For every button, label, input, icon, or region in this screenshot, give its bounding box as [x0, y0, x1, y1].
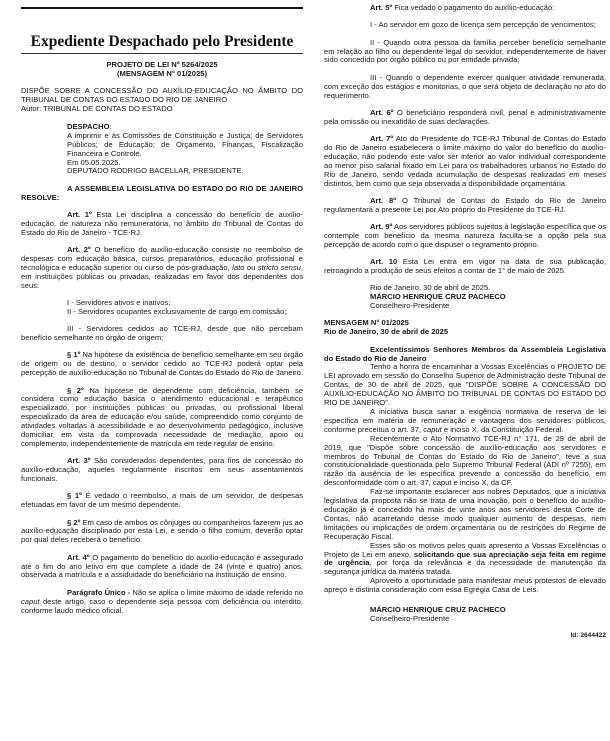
bill-author: Autor: TRIBUNAL DE CONTAS DO ESTADO — [21, 105, 303, 114]
despacho-text: A imprimir e às Comissões de Constituiçã… — [67, 132, 303, 159]
article-2-item-iii: III - Servidores cedidos ao TCE-RJ, desd… — [21, 325, 303, 343]
message-salutation: Excelentíssimos Senhores Membros da Asse… — [324, 346, 606, 364]
message-paragraph-4: Faz-se importante esclarecer aos nobres … — [324, 488, 606, 541]
document-id: Id: 2644422 — [324, 632, 606, 641]
article-5-item-i: I - Ao servidor em gozo de licença sem p… — [324, 21, 606, 30]
article-3-paragraph-1: § 1º É vedado o reembolso, a mais de um … — [21, 492, 303, 510]
article-4-sole-paragraph: Parágrafo Único - Não se aplica o limite… — [21, 589, 303, 616]
article-5-item-iii: III - Quando o dependente exercer qualqu… — [324, 74, 606, 101]
article-2-item-ii: II - Servidores ocupantes exclusivamente… — [21, 308, 303, 317]
message-paragraph-1: Tenho a honra de encaminhar a Vossas Exc… — [324, 363, 606, 408]
article-2: Art. 2º O benefício do auxílio-educação … — [21, 246, 303, 291]
article-3: Art. 3º São considerados dependentes, pa… — [21, 457, 303, 484]
final-signature-role: Conselheiro-Presidente — [370, 615, 606, 624]
article-5-item-ii: II - Quando outra pessoa da família perc… — [324, 39, 606, 66]
section-title: Expediente Despachado pelo Presidente — [21, 32, 303, 54]
right-column: Art. 5º Fica vedado o pagamento do auxíl… — [324, 4, 606, 641]
article-2-paragraph-1: § 1º Na hipótese da existência de benefí… — [21, 351, 303, 378]
article-3-paragraph-2: § 2º Em caso de ambos os cônjuges ou com… — [21, 519, 303, 546]
message-paragraph-2: A iniciativa busca sanar a exigência nor… — [324, 408, 606, 435]
top-rule — [21, 7, 303, 9]
message-paragraph-6: Aproveito a oportunidade para manifestar… — [324, 577, 606, 595]
article-4: Art. 4º O pagamento do benefício do auxí… — [21, 554, 303, 581]
message-paragraph-3: Recentemente o Ato Normativo TCE-RJ n° 1… — [324, 435, 606, 488]
law-signature-block: Rio de Janeiro, 30 de abril de 2025. MÁR… — [324, 284, 606, 311]
article-8: Art. 8º O Tribunal de Contas do Estado d… — [324, 197, 606, 215]
despacho-signature: DEPUTADO RODRIGO BACELLAR, PRESIDENTE. — [67, 167, 303, 176]
message-paragraph-5: Esses são os motivos pelos quais apresen… — [324, 542, 606, 578]
bill-subject: DISPÕE SOBRE A CONCESSÃO DO AUXÍLIO-EDUC… — [21, 87, 303, 105]
resolve-heading: A ASSEMBLEIA LEGISLATIVA DO ESTADO DO RI… — [21, 185, 303, 203]
article-7: Art. 7º Ato do Presidente do TCE-RJ Trib… — [324, 135, 606, 188]
despacho-block: DESPACHO: A imprimir e às Comissões de C… — [21, 123, 303, 176]
left-column: PROJETO DE LEI Nº 5264/2025 (MENSAGEM N°… — [21, 61, 303, 615]
signature-role: Conselheiro-Presidente — [370, 302, 606, 311]
article-6: Art. 6º O beneficiário responderá civil,… — [324, 109, 606, 127]
message-signature-block: MÁRCIO HENRIQUE CRUZ PACHECO Conselheiro… — [324, 606, 606, 624]
message-date: Rio de Janeiro, 30 de abril de 2025 — [324, 328, 606, 337]
article-9: Art. 9º Aos servidores públicos sujeitos… — [324, 223, 606, 250]
article-1: Art. 1º Esta Lei disciplina a concessão … — [21, 211, 303, 238]
article-10: Art. 10 Esta Lei entra em vigor na data … — [324, 258, 606, 276]
despacho-label: DESPACHO — [67, 122, 109, 131]
article-2-paragraph-2: § 2º Na hipótese de dependente com defic… — [21, 387, 303, 449]
article-5: Art. 5º Fica vedado o pagamento do auxíl… — [324, 4, 606, 13]
message-reference: (MENSAGEM N° 01/2025) — [21, 70, 303, 79]
